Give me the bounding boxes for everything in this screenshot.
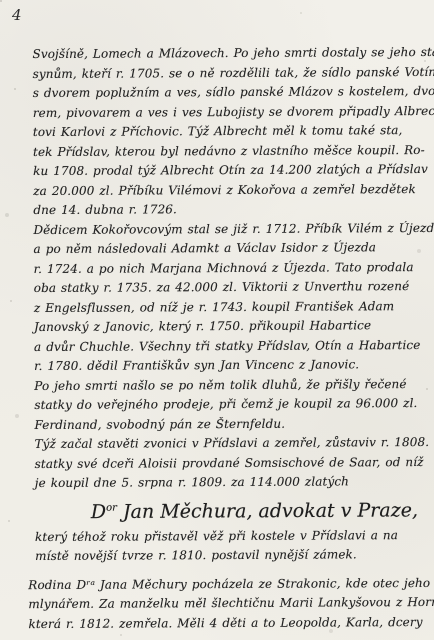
text-line: a po něm následovali Adamkt a Václav Isi… xyxy=(33,238,430,260)
text-line: Dědicem Kokořovcovým stal se již r. 1712… xyxy=(33,218,430,240)
text-line: r. 1724. a po nich Marjana Michnová z Új… xyxy=(34,257,431,279)
paragraph: Po jeho smrti našlo se po něm tolik dluh… xyxy=(34,374,431,435)
text-line: oba statky r. 1735. za 42.000 zl. Viktor… xyxy=(34,277,431,299)
text-line: tovi Karlovi z Příchovic. Týž Albrecht m… xyxy=(33,121,430,143)
manuscript-page: 4 Svojšíně, Lomech a Mlázovech. Po jeho … xyxy=(0,0,434,640)
text-line: místě novější tvrze r. 1810. postavil ny… xyxy=(35,545,432,567)
text-line: s dvorem poplužním a ves, sídlo panské M… xyxy=(33,82,430,104)
text-line: který téhož roku přistavěl věž při koste… xyxy=(35,526,432,548)
paragraph: Týž začal stavěti zvonici v Přídslavi a … xyxy=(35,433,432,494)
text-line: dne 14. dubna r. 1726. xyxy=(33,199,430,221)
text-line: synům, kteří r. 1705. se o ně rozdělili … xyxy=(33,62,430,84)
text-line: která r. 1812. zemřela. Měli 4 děti a to… xyxy=(28,613,432,635)
text-line: rem, pivovarem a ves i ves Lubojisty se … xyxy=(33,101,430,123)
text-line: mlynářem. Za manželku měl šlechtičnu Mar… xyxy=(28,593,432,615)
paragraph: Svojšíně, Lomech a Mlázovech. Po jeho sm… xyxy=(32,43,430,221)
text-line: Po jeho smrti našlo se po něm tolik dluh… xyxy=(34,374,431,396)
text-line: za 20.000 zl. Příbíku Vilémovi z Kokořov… xyxy=(33,179,430,201)
paragraph: který téhož roku přistavěl věž při koste… xyxy=(35,526,432,567)
text-line: Rodina Dʳᵃ Jana Měchury pocházela ze Str… xyxy=(28,574,432,596)
text-line: ku 1708. prodal týž Albrecht Otín za 14.… xyxy=(33,160,430,182)
text-line: z Engelsflussen, od níž je r. 1743. koup… xyxy=(34,296,431,318)
text-line: Janovský z Janovic, který r. 1750. přiko… xyxy=(34,316,431,338)
text-line: je koupil dne 5. srpna r. 1809. za 114.0… xyxy=(35,472,432,494)
heading-rest: Jan Měchura, advokat v Praze, xyxy=(117,499,418,523)
text-line: statky do veřejného prodeje, při čemž je… xyxy=(34,394,431,416)
handwritten-text-block: Svojšíně, Lomech a Mlázovech. Po jeho sm… xyxy=(32,43,432,634)
text-line: tek Přídslav, kterou byl nedávno z vlast… xyxy=(33,140,430,162)
text-line: Svojšíně, Lomech a Mlázovech. Po jeho sm… xyxy=(32,43,429,65)
text-line: statky své dceři Aloisii provdané Somsis… xyxy=(35,452,432,474)
paper-speckles xyxy=(0,0,2,2)
paragraph: Rodina Dʳᵃ Jana Měchury pocházela ze Str… xyxy=(28,574,432,635)
text-line: Ferdinand, svobodný pán ze Šternfeldu. xyxy=(34,413,431,435)
heading-jan-mechura: Dor Jan Měchura, advokat v Praze, xyxy=(35,491,432,526)
text-line: r. 1780. dědil Františkův syn Jan Vincen… xyxy=(34,355,431,377)
page-number: 4 xyxy=(12,6,22,24)
text-line: Týž začal stavěti zvonici v Přídslavi a … xyxy=(35,433,432,455)
heading-superscript: or xyxy=(106,502,117,513)
paragraph: Dědicem Kokořovcovým stal se již r. 1712… xyxy=(33,218,431,376)
heading-initial: D xyxy=(91,500,106,522)
text-line: a dvůr Chuchle. Všechny tři statky Příds… xyxy=(34,335,431,357)
